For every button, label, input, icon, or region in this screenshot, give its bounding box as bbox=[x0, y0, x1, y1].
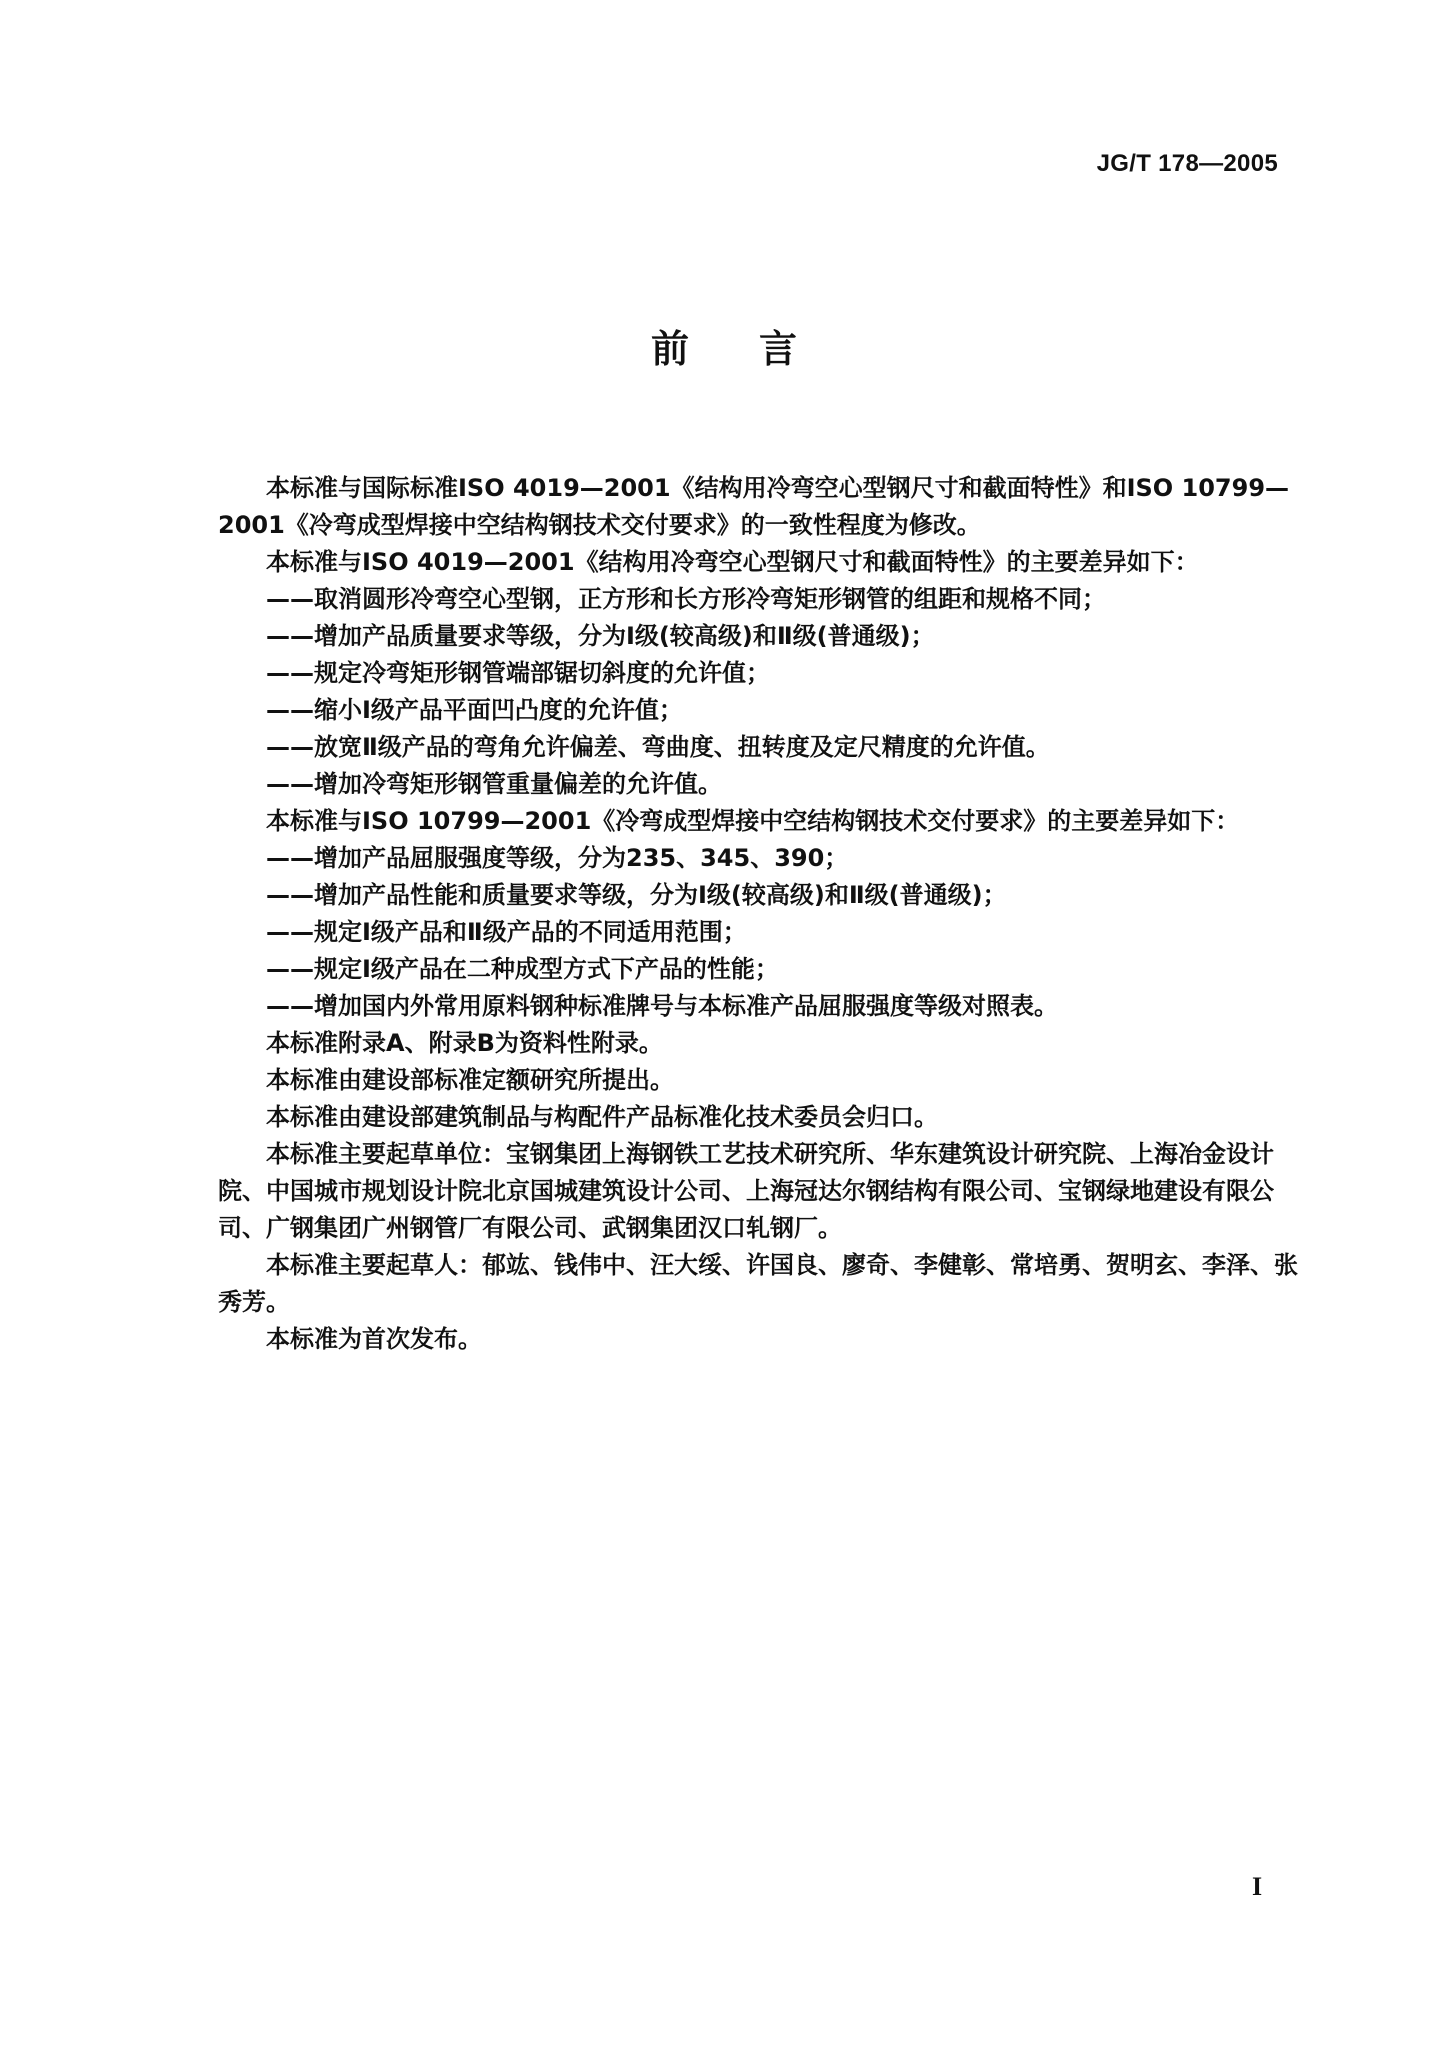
page-number: I bbox=[1252, 1872, 1262, 1902]
paragraph-drafting-units: 本标准主要起草单位：宝钢集团上海钢铁工艺技术研究所、华东建筑设计研究院、上海冶金… bbox=[218, 1136, 1308, 1247]
list-item: ——取消圆形冷弯空心型钢，正方形和长方形冷弯矩形钢管的组距和规格不同； bbox=[218, 581, 1308, 618]
paragraph-drafters: 本标准主要起草人：郁竑、钱伟中、汪大绥、许国良、廖奇、李健彰、常培勇、贺明玄、李… bbox=[218, 1247, 1308, 1321]
list-item: ——增加产品屈服强度等级，分为235、345、390； bbox=[218, 840, 1308, 877]
list-item: ——规定Ⅰ级产品在二种成型方式下产品的性能； bbox=[218, 951, 1308, 988]
list-item: ——增加产品质量要求等级，分为Ⅰ级(较高级)和Ⅱ级(普通级)； bbox=[218, 618, 1308, 655]
standard-code: JG/T 178—2005 bbox=[1097, 150, 1278, 178]
foreword-body: 本标准与国际标准ISO 4019—2001《结构用冷弯空心型钢尺寸和截面特性》和… bbox=[218, 470, 1308, 1358]
list-item: ——缩小Ⅰ级产品平面凹凸度的允许值； bbox=[218, 692, 1308, 729]
paragraph-appendices: 本标准附录A、附录B为资料性附录。 bbox=[218, 1025, 1308, 1062]
page-title: 前言 bbox=[0, 318, 1448, 373]
paragraph-iso4019-differences-intro: 本标准与ISO 4019—2001《结构用冷弯空心型钢尺寸和截面特性》的主要差异… bbox=[218, 544, 1308, 581]
list-item: ——规定冷弯矩形钢管端部锯切斜度的允许值； bbox=[218, 655, 1308, 692]
paragraph-centralized-by: 本标准由建设部建筑制品与构配件产品标准化技术委员会归口。 bbox=[218, 1099, 1308, 1136]
paragraph-consistency: 本标准与国际标准ISO 4019—2001《结构用冷弯空心型钢尺寸和截面特性》和… bbox=[218, 470, 1308, 544]
paragraph-first-release: 本标准为首次发布。 bbox=[218, 1321, 1308, 1358]
list-item: ——放宽Ⅱ级产品的弯角允许偏差、弯曲度、扭转度及定尺精度的允许值。 bbox=[218, 729, 1308, 766]
paragraph-iso10799-differences-intro: 本标准与ISO 10799—2001《冷弯成型焊接中空结构钢技术交付要求》的主要… bbox=[218, 803, 1308, 840]
list-item: ——规定Ⅰ级产品和Ⅱ级产品的不同适用范围； bbox=[218, 914, 1308, 951]
list-item: ——增加国内外常用原料钢种标准牌号与本标准产品屈服强度等级对照表。 bbox=[218, 988, 1308, 1025]
list-item: ——增加冷弯矩形钢管重量偏差的允许值。 bbox=[218, 766, 1308, 803]
list-item: ——增加产品性能和质量要求等级，分为Ⅰ级(较高级)和Ⅱ级(普通级)； bbox=[218, 877, 1308, 914]
paragraph-proposed-by: 本标准由建设部标准定额研究所提出。 bbox=[218, 1062, 1308, 1099]
